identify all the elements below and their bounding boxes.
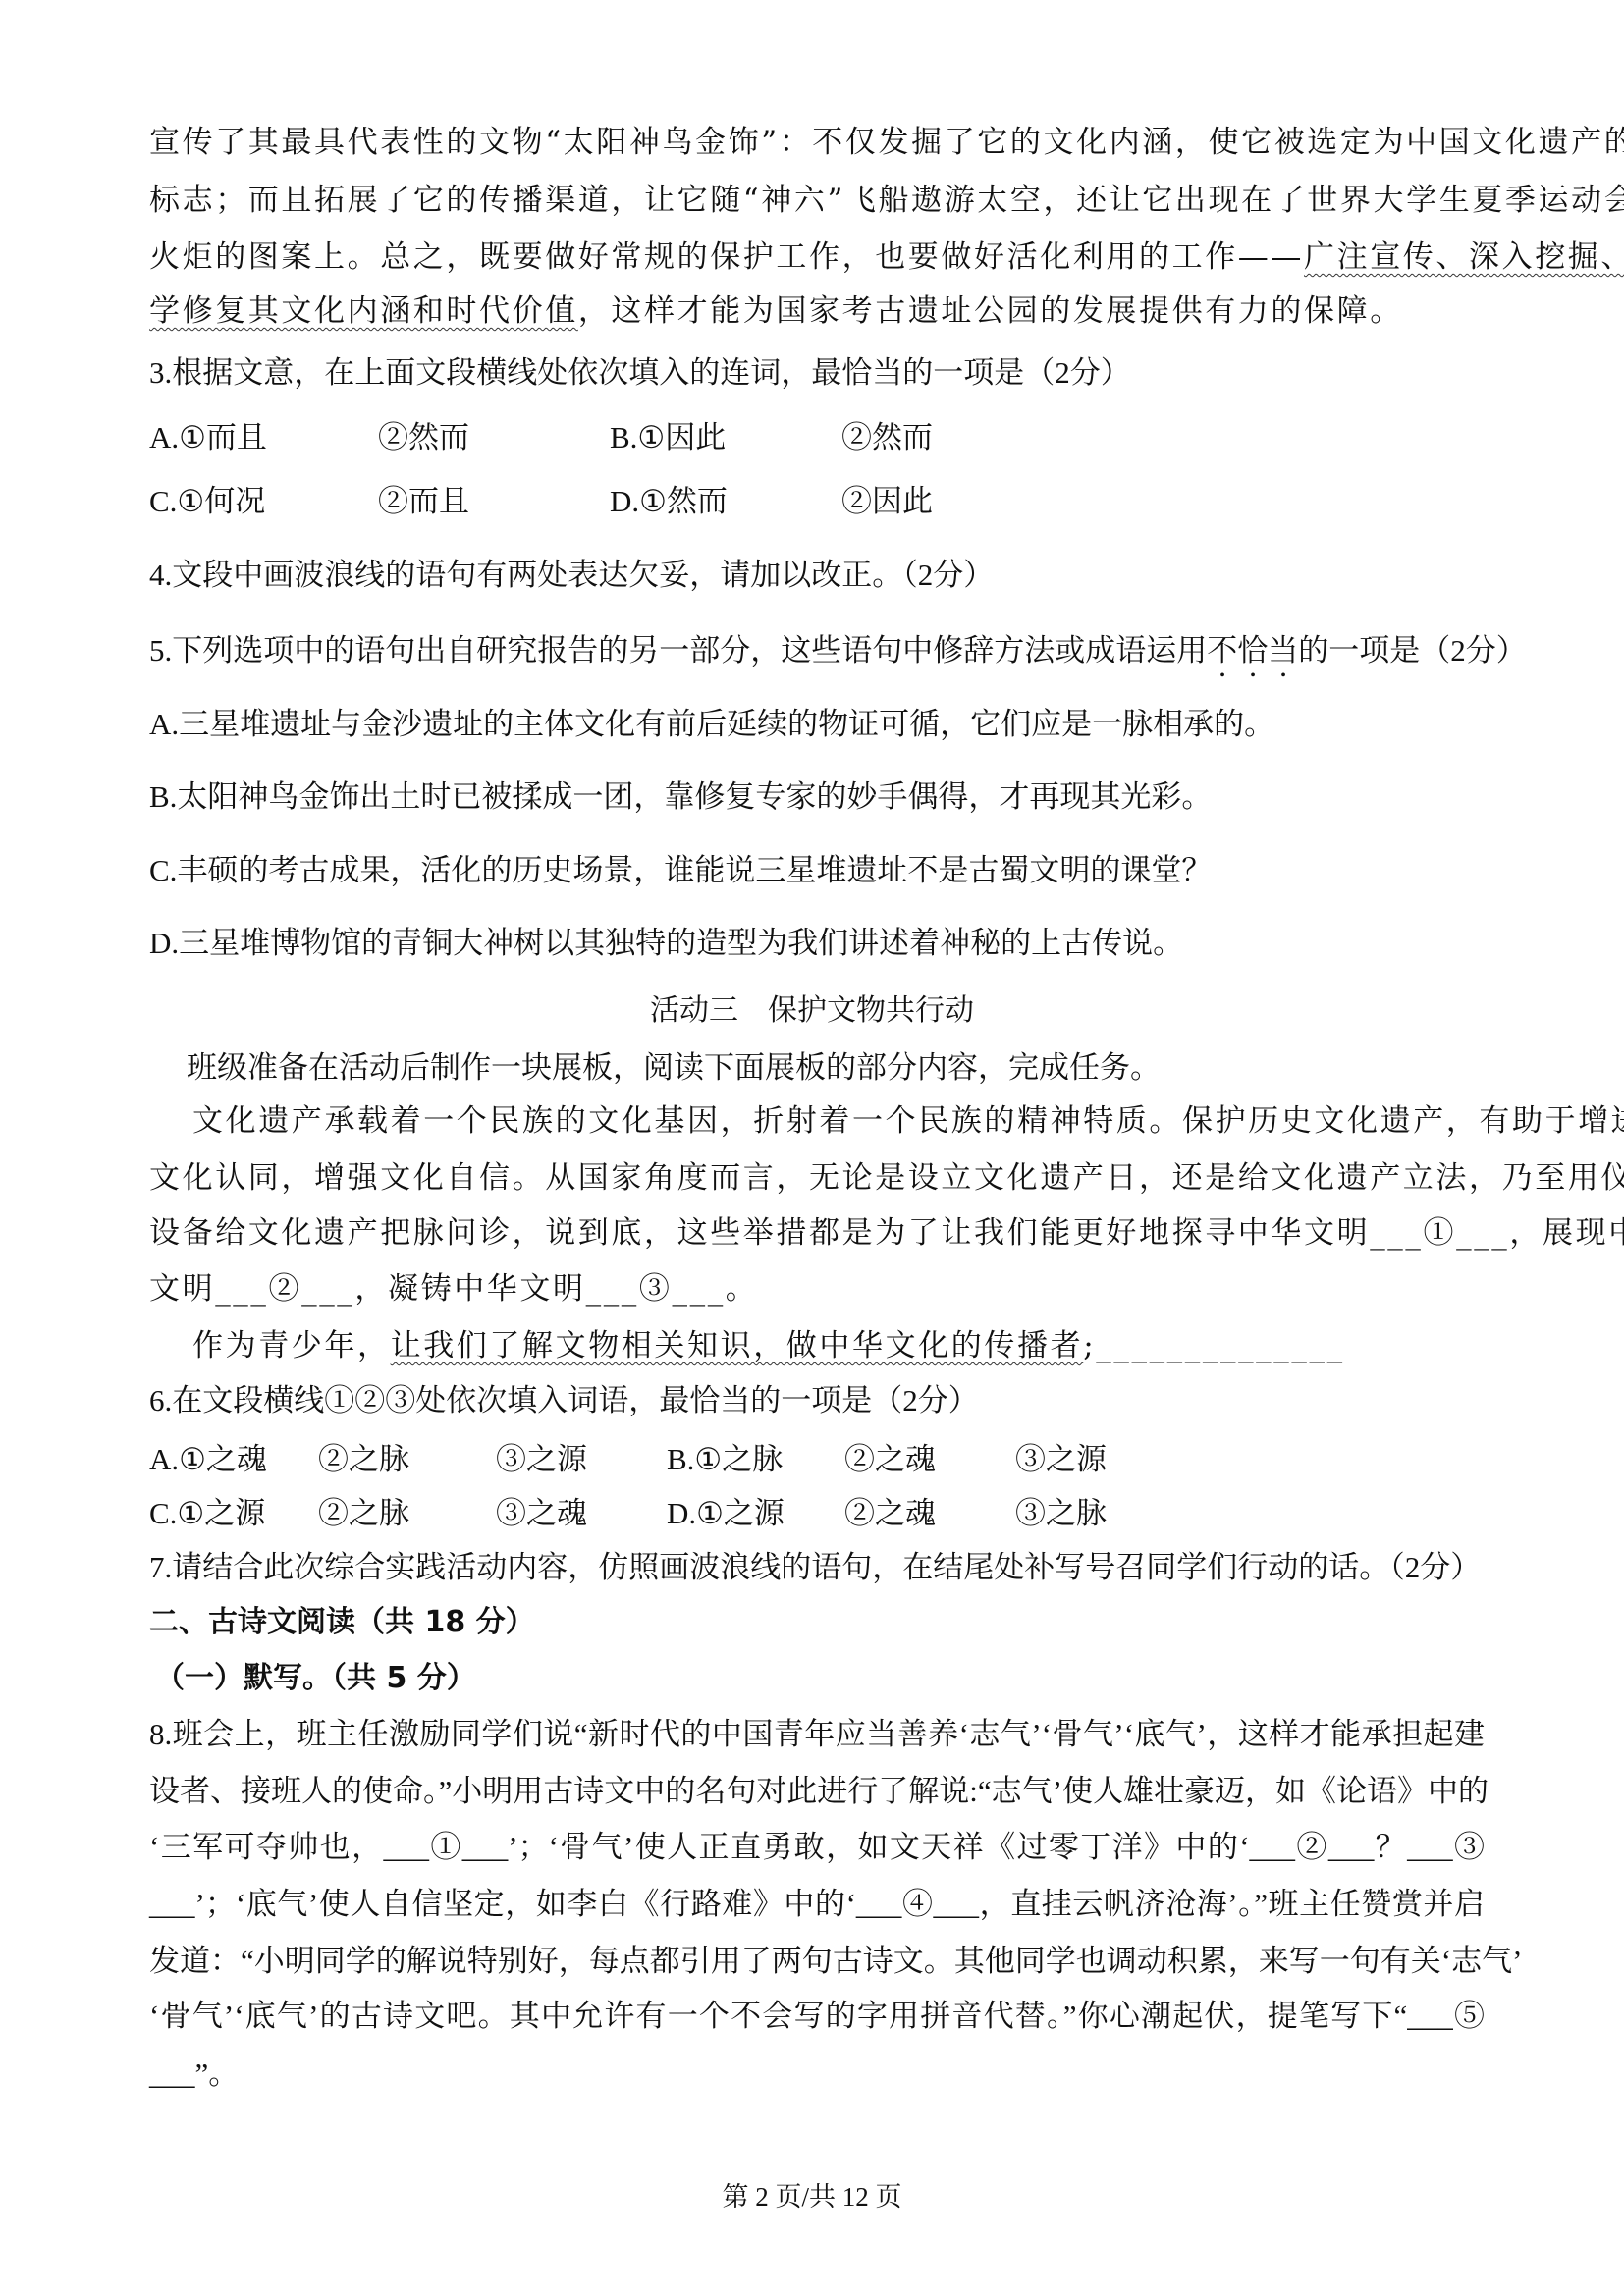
section-2-subheading: （一）默写。（共 5 分） <box>155 1659 476 1698</box>
q5-option-c: C.丰硕的考古成果，活化的历史场景，谁能说三星堆遗址不是古蜀文明的课堂？ <box>149 851 1212 890</box>
q6-option-d-3: ③之脉 <box>1015 1494 1107 1533</box>
q3-option-c-2: ②而且 <box>378 482 469 521</box>
q5-option-a: A.三星堆遗址与金沙遗址的主体文化有前后延续的物证可循，它们应是一脉相承的。 <box>149 705 1274 744</box>
q3-option-c-1: C.①何况 <box>149 482 265 521</box>
youth-line-text: 作为青少年， <box>192 1328 391 1363</box>
q5-option-d: D.三星堆博物馆的青铜大神树以其独特的造型为我们讲述着神秘的上古传说。 <box>149 924 1183 963</box>
q8-line-1: 8.班会上，班主任激励同学们说“新时代的中国青年应当善养‘志气’‘骨气’‘底气’… <box>149 1715 1485 1754</box>
question-7-stem: 7.请结合此次综合实践活动内容，仿照画波浪线的语句，在结尾处补写号召同学们行动的… <box>149 1548 1481 1587</box>
board-youth-line: 作为青少年，让我们了解文物相关知识，做中华文化的传播者;____________… <box>192 1326 1345 1365</box>
q6-option-c-1: C.①之源 <box>149 1494 265 1533</box>
q3-option-a-1: A.①而且 <box>149 418 267 457</box>
passage-line-2: 标志；而且拓展了它的传播渠道，让它随“神六”飞船遨游太空，还让它出现在了世界大学… <box>149 181 1485 220</box>
q8-line-6: ‘骨气’‘底气’的古诗文吧。其中允许有一个不会写的字用拼音代替。”你心潮起伏，提… <box>149 1997 1485 2036</box>
q8-line-5: 发道：“小明同学的解说特别好，每点都引用了两句古诗文。其他同学也调动积累，来写一… <box>149 1942 1485 1981</box>
q3-option-d-1: D.①然而 <box>610 482 728 521</box>
q5-stem-text: 5.下列选项中的语句出自研究报告的另一部分，这些语句中修辞方法或成语运用 <box>149 633 1207 667</box>
q6-option-a-2: ②之脉 <box>318 1440 409 1479</box>
q5-option-b: B.太阳神鸟金饰出土时已被揉成一团，靠修复专家的妙手偶得，才再现其光彩。 <box>149 777 1212 817</box>
page-number: 第 2 页/共 12 页 <box>0 2177 1624 2216</box>
q8-line-4: ___’；‘底气’使人自信坚定，如李白《行路难》中的‘___④___，直挂云帆济… <box>149 1885 1485 1924</box>
q3-option-b-1: B.①因此 <box>610 418 726 457</box>
q6-option-a-1: A.①之魂 <box>149 1440 267 1479</box>
q6-option-a-3: ③之源 <box>496 1440 587 1479</box>
board-paragraph-line-1: 文化遗产承载着一个民族的文化基因，折射着一个民族的精神特质。保护历史文化遗产，有… <box>192 1101 1485 1141</box>
activity-3-intro: 班级准备在活动后制作一块展板，阅读下面展板的部分内容，完成任务。 <box>187 1048 1161 1088</box>
q6-option-d-1: D.①之源 <box>667 1494 785 1533</box>
wavy-underlined-sentence-part-1: 广注宣传、深入挖掘、科 <box>1304 240 1624 275</box>
wavy-underlined-sentence-part-2: 学修复其文化内涵和时代价值 <box>149 294 578 329</box>
q5-emphasized-text: 不恰当 <box>1207 633 1298 667</box>
question-6-stem: 6.在文段横线①②③处依次填入词语，最恰当的一项是（2分） <box>149 1381 979 1420</box>
q8-line-3: ‘三军可夺帅也，___①___’；‘骨气’使人正直勇敢，如文天祥《过零丁洋》中的… <box>149 1828 1485 1867</box>
q6-option-b-2: ②之魂 <box>844 1440 936 1479</box>
passage-line-3-text: 火炬的图案上。总之，既要做好常规的保护工作，也要做好活化利用的工作—— <box>149 240 1304 275</box>
q5-stem-tail: 的一项是（2分） <box>1298 633 1527 667</box>
q6-option-c-3: ③之魂 <box>496 1494 587 1533</box>
activity-3-title: 活动三 保护文物共行动 <box>0 991 1624 1031</box>
q3-option-d-2: ②因此 <box>841 482 933 521</box>
q6-option-c-2: ②之脉 <box>318 1494 409 1533</box>
q6-option-b-3: ③之源 <box>1015 1440 1107 1479</box>
question-3-stem: 3.根据文意，在上面文段横线处依次填入的连词，最恰当的一项是（2分） <box>149 353 1131 393</box>
board-paragraph-line-3: 设备给文化遗产把脉问诊，说到底，这些举措都是为了让我们能更好地探寻中华文明___… <box>149 1213 1485 1253</box>
q6-option-b-1: B.①之脉 <box>667 1440 783 1479</box>
q3-option-b-2: ②然而 <box>841 418 933 457</box>
q8-line-2: 设者、接班人的使命。”小明用古诗文中的名句对此进行了解说:“志气’使人雄壮豪迈，… <box>149 1772 1485 1811</box>
q8-line-7: ___”。 <box>149 2055 239 2094</box>
passage-line-4-text: ，这样才能为国家考古遗址公园的发展提供有力的保障。 <box>578 294 1403 329</box>
youth-answer-blank[interactable]: ;______________ <box>1083 1328 1344 1363</box>
section-2-heading: 二、古诗文阅读（共 18 分） <box>149 1603 535 1642</box>
question-4-stem: 4.文段中画波浪线的语句有两处表达欠妥，请加以改正。（2分） <box>149 556 994 595</box>
wavy-underlined-model-sentence: 让我们了解文物相关知识，做中华文化的传播者 <box>391 1328 1084 1363</box>
board-paragraph-line-4: 文明___②___，凝铸中华文明___③___。 <box>149 1269 758 1308</box>
q6-option-d-2: ②之魂 <box>844 1494 936 1533</box>
q3-option-a-2: ②然而 <box>378 418 469 457</box>
question-5-stem: 5.下列选项中的语句出自研究报告的另一部分，这些语句中修辞方法或成语运用不恰当的… <box>149 631 1527 670</box>
passage-line-4: 学修复其文化内涵和时代价值，这样才能为国家考古遗址公园的发展提供有力的保障。 <box>149 292 1403 331</box>
passage-line-3: 火炬的图案上。总之，既要做好常规的保护工作，也要做好活化利用的工作——广注宣传、… <box>149 238 1485 277</box>
passage-line-1: 宣传了其最具代表性的文物“太阳神鸟金饰”：不仅发掘了它的文化内涵，使它被选定为中… <box>149 123 1485 162</box>
board-paragraph-line-2: 文化认同，增强文化自信。从国家角度而言，无论是设立文化遗产日，还是给文化遗产立法… <box>149 1158 1485 1198</box>
